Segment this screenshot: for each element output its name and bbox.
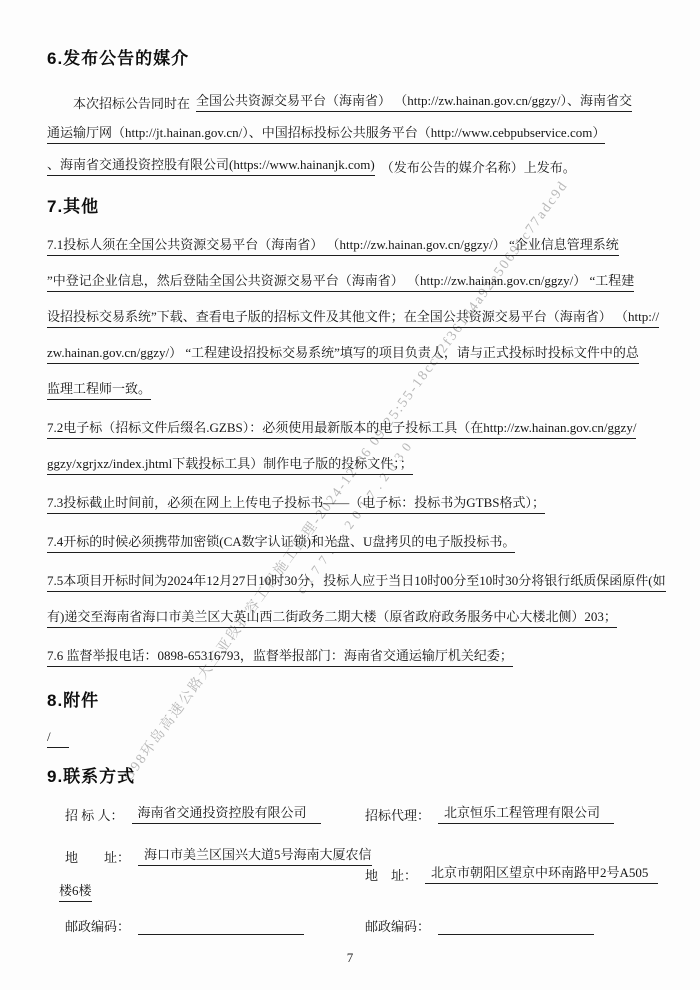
- clause-7-5: 7.5本项目开标时间为2024年12月27日10时30分，投标人应于当日10时0…: [47, 556, 664, 628]
- tenderer-name: 海南省交通投资控股有限公司: [132, 802, 321, 824]
- agent-row: 招标代理： 北京恒乐工程管理有限公司: [365, 802, 614, 824]
- clause-7-1-line3: 设招投标交易系统”下载、查看电子版的招标文件及其他文件；在全国公共资源交易平台（…: [47, 306, 659, 328]
- agent-name: 北京恒乐工程管理有限公司: [438, 802, 614, 824]
- clause-7-1-line2: ”中登记企业信息，然后登陆全国公共资源交易平台（海南省） （http://zw.…: [47, 270, 634, 292]
- clause-7-5-line1: 7.5本项目开标时间为2024年12月27日10时30分，投标人应于当日10时0…: [47, 570, 666, 592]
- section6-heading: 6.发布公告的媒介: [47, 44, 189, 69]
- clause-7-6: 7.6 监督举报电话：0898-65316793，监督举报部门：海南省交通运输厅…: [47, 631, 664, 667]
- document-page: G98环岛高速公路大三亚段扩容工程施工监理-2024-12-06 09:25:5…: [0, 0, 700, 990]
- media-line-1: 本次招标公告同时在全国公共资源交易平台（海南省） （http://zw.hain…: [47, 80, 664, 112]
- clause-7-1-line5: 监理工程师一致。: [47, 378, 151, 400]
- agent-postal-label: 邮政编码：: [365, 916, 430, 935]
- clause-7-1: 7.1投标人须在全国公共资源交易平台（海南省） （http://zw.haina…: [47, 220, 664, 400]
- agent-address: 北京市朝阳区望京中环南路甲2号A505: [425, 862, 658, 884]
- clause-7-4-line1: 7.4开标的时候必须携带加密锁(CA数字认证锁)和光盘、U盘拷贝的电子版投标书。: [47, 531, 515, 553]
- media-line-3-tail: （发布公告的媒介名称）上发布。: [381, 157, 576, 176]
- media-line-2: 通运输厅网（http://jt.hainan.gov.cn/）、中国招标投标公共…: [47, 112, 664, 144]
- section6-body: 本次招标公告同时在全国公共资源交易平台（海南省） （http://zw.hain…: [47, 80, 664, 176]
- agent-label: 招标代理：: [365, 805, 430, 824]
- agent-postal-row: 邮政编码：: [365, 916, 594, 935]
- tenderer-address-line1: 海口市美兰区国兴大道5号海南大厦农信: [138, 844, 372, 866]
- clause-7-6-line1: 7.6 监督举报电话：0898-65316793，监督举报部门：海南省交通运输厅…: [47, 645, 513, 667]
- clause-7-3: 7.3投标截止时间前，必须在网上上传电子投标书——（电子标：投标书为GTBS格式…: [47, 478, 664, 514]
- clause-7-2-line2: ggzy/xgrjxz/index.jhtml下载投标工具）制作电子版的投标文件…: [47, 453, 413, 475]
- media-line-1-underlined: 全国公共资源交易平台（海南省） （http://zw.hainan.gov.cn…: [196, 90, 632, 112]
- attachment-value: /: [47, 729, 69, 748]
- tenderer-postal-row: 邮政编码：: [65, 916, 304, 935]
- agent-address-row: 地 址： 北京市朝阳区望京中环南路甲2号A505: [365, 862, 658, 884]
- page-number: 7: [0, 950, 700, 966]
- clause-7-1-line4: zw.hainan.gov.cn/ggzy/） “工程建设招投标交易系统”填写的…: [47, 342, 639, 364]
- section8-heading: 8.附件: [47, 686, 99, 711]
- clause-7-2-line1: 7.2电子标（招标文件后缀名.GZBS）：必须使用最新版本的电子投标工具（在ht…: [47, 417, 636, 439]
- media-line-3: 、海南省交通投资控股有限公司(https://www.hainanjk.com)…: [47, 144, 664, 176]
- media-line-1-intro: 本次招标公告同时在: [73, 93, 190, 112]
- clause-7-2: 7.2电子标（招标文件后缀名.GZBS）：必须使用最新版本的电子投标工具（在ht…: [47, 403, 664, 475]
- section7-heading: 7.其他: [47, 192, 99, 217]
- clause-7-4: 7.4开标的时候必须携带加密锁(CA数字认证锁)和光盘、U盘拷贝的电子版投标书。: [47, 517, 664, 553]
- media-line-2-underlined: 通运输厅网（http://jt.hainan.gov.cn/）、中国招标投标公共…: [47, 122, 605, 144]
- tenderer-row: 招 标 人： 海南省交通投资控股有限公司: [65, 802, 321, 824]
- section8-body: /: [47, 722, 664, 748]
- tenderer-postal-label: 邮政编码：: [65, 916, 130, 935]
- media-line-3-underlined: 、海南省交通投资控股有限公司(https://www.hainanjk.com): [47, 154, 375, 176]
- tenderer-address-row: 地 址： 海口市美兰区国兴大道5号海南大厦农信: [65, 844, 372, 866]
- tenderer-address-label: 地 址：: [65, 847, 130, 866]
- tenderer-address-line2: 楼6楼: [59, 880, 92, 902]
- section7-body: 7.1投标人须在全国公共资源交易平台（海南省） （http://zw.haina…: [47, 220, 664, 670]
- clause-7-1-line1: 7.1投标人须在全国公共资源交易平台（海南省） （http://zw.haina…: [47, 234, 619, 256]
- clause-7-5-line2: 有)递交至海南省海口市美兰区大英山西二街政务二期大楼（原省政府政务服务中心大楼北…: [47, 606, 617, 628]
- clause-7-3-line1: 7.3投标截止时间前，必须在网上上传电子投标书——（电子标：投标书为GTBS格式…: [47, 492, 545, 514]
- agent-address-label: 地 址：: [365, 865, 417, 884]
- contact-section: 招 标 人： 海南省交通投资控股有限公司 招标代理： 北京恒乐工程管理有限公司 …: [47, 798, 664, 948]
- section9-heading: 9.联系方式: [47, 762, 135, 787]
- tenderer-address-wrap: 楼6楼: [59, 880, 92, 902]
- agent-postal-blank: [438, 920, 594, 935]
- tenderer-label: 招 标 人：: [65, 805, 124, 824]
- tenderer-postal-blank: [138, 920, 304, 935]
